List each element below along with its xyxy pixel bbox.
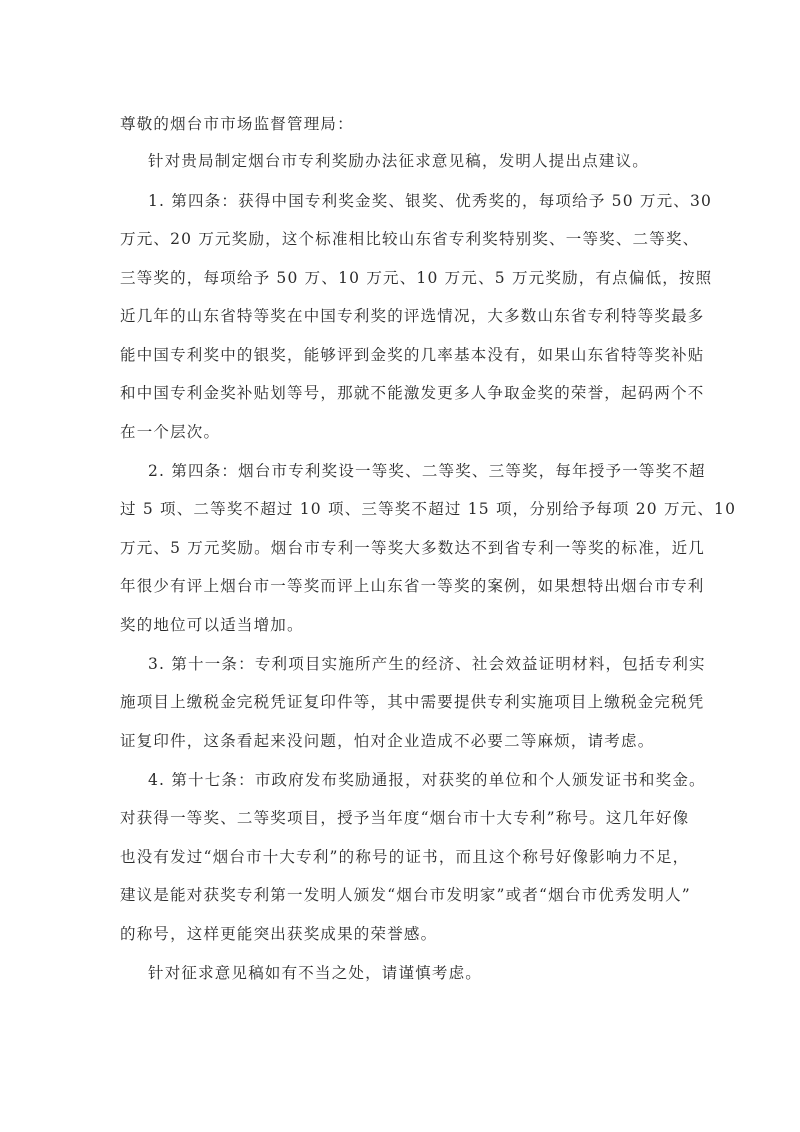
paragraph-line: 的称号，这样更能突出获奖成果的荣誉感。 bbox=[120, 924, 437, 944]
paragraph-line: 能中国专利奖中的银奖，能够评到金奖的几率基本没有，如果山东省特等奖补贴 bbox=[120, 345, 705, 365]
paragraph-line: 3. 第十一条：专利项目实施所产生的经济、社会效益证明材料，包括专利实 bbox=[148, 654, 706, 674]
paragraph-line: 1. 第四条：获得中国专利奖金奖、银奖、优秀奖的，每项给予 50 万元、30 bbox=[148, 191, 712, 211]
paragraph-line: 和中国专利金奖补贴划等号，那就不能激发更多人争取金奖的荣誉，起码两个不 bbox=[120, 383, 705, 403]
intro-paragraph: 针对贵局制定烟台市专利奖励办法征求意见稿，发明人提出点建议。 bbox=[148, 151, 649, 171]
paragraph-line: 4. 第十七条：市政府发布奖励通报，对获奖的单位和个人颁发证书和奖金。 bbox=[148, 770, 706, 790]
document-page: 尊敬的烟台市市场监督管理局： 针对贵局制定烟台市专利奖励办法征求意见稿，发明人提… bbox=[0, 0, 800, 1132]
closing-paragraph: 针对征求意见稿如有不当之处，请谨慎考虑。 bbox=[148, 963, 482, 983]
paragraph-line: 万元、5 万元奖励。烟台市专利一等奖大多数达不到省专利一等奖的标准，近几 bbox=[120, 538, 705, 558]
paragraph-line: 施项目上缴税金完税凭证复印件等，其中需要提供专利实施项目上缴税金完税凭 bbox=[120, 692, 705, 712]
paragraph-line: 年很少有评上烟台市一等奖而评上山东省一等奖的案例，如果想特出烟台市专利 bbox=[120, 576, 705, 596]
paragraph-line: 2. 第四条：烟台市专利奖设一等奖、二等奖、三等奖，每年授予一等奖不超 bbox=[148, 461, 706, 481]
paragraph-line: 建议是能对获奖专利第一发明人颁发“烟台市发明家”或者“烟台市优秀发明人” bbox=[120, 885, 691, 905]
paragraph-line: 也没有发过“烟台市十大专利”的称号的证书，而且这个称号好像影响力不足， bbox=[120, 847, 689, 867]
paragraph-line: 对获得一等奖、二等奖项目，授予当年度“烟台市十大专利”称号。这几年好像 bbox=[120, 808, 689, 828]
paragraph-line: 过 5 项、二等奖不超过 10 项、三等奖不超过 15 项，分别给予每项 20 … bbox=[120, 499, 736, 519]
paragraph-line: 近几年的山东省特等奖在中国专利奖的评选情况，大多数山东省专利特等奖最多 bbox=[120, 306, 705, 326]
paragraph-line: 万元、20 万元奖励，这个标准相比较山东省专利奖特别奖、一等奖、二等奖、 bbox=[120, 229, 699, 249]
paragraph-line: 奖的地位可以适当增加。 bbox=[120, 615, 304, 635]
paragraph-line: 三等奖的，每项给予 50 万、10 万元、10 万元、5 万元奖励，有点偏低，按… bbox=[120, 268, 712, 288]
paragraph-line: 证复印件，这条看起来没问题，怕对企业造成不必要二等麻烦，请考虑。 bbox=[120, 731, 654, 751]
paragraph-line: 在一个层次。 bbox=[120, 422, 220, 442]
salutation: 尊敬的烟台市市场监督管理局： bbox=[120, 114, 354, 134]
